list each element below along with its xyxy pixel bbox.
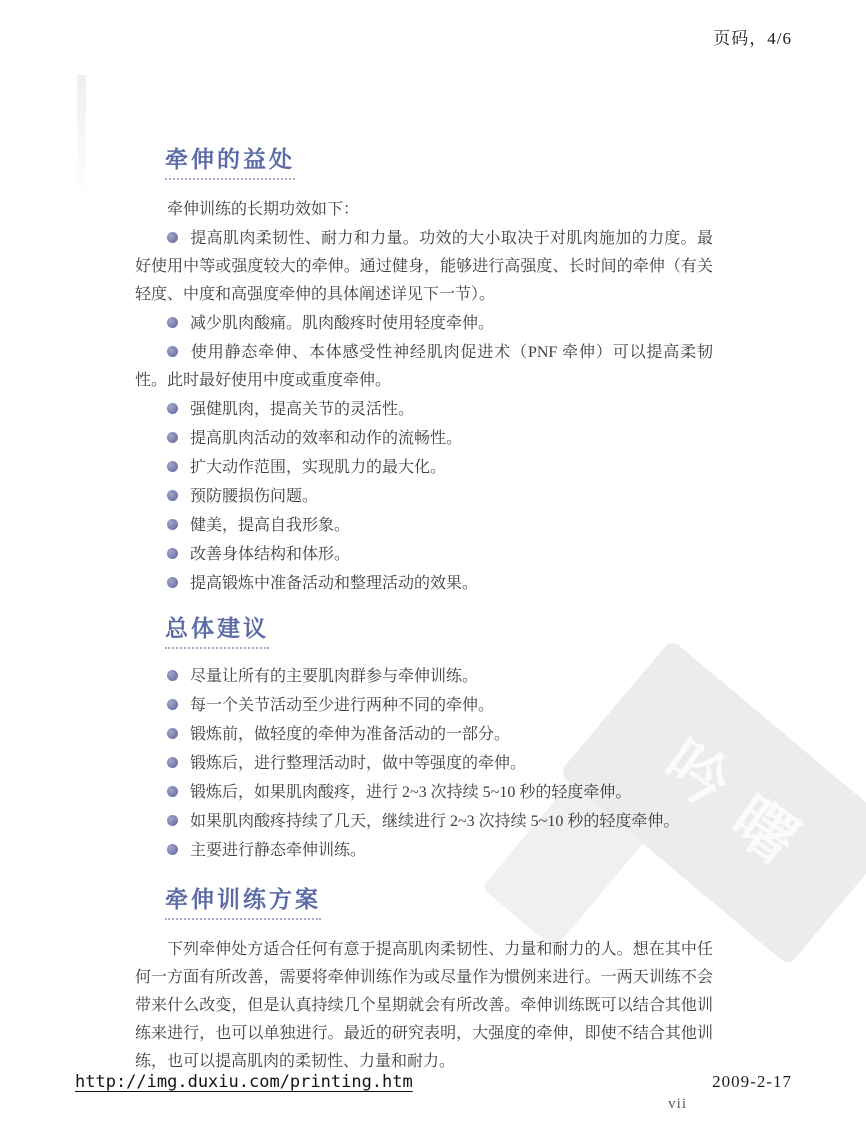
- list-item: 尽量让所有的主要肌肉群参与牵伸训练。: [135, 663, 713, 691]
- bullet-icon: [167, 490, 178, 501]
- section-intro: 牵伸训练的长期功效如下：: [135, 196, 713, 224]
- bullet-icon: [167, 844, 178, 855]
- section-title-recommendations: 总体建议: [165, 614, 713, 649]
- list-item-text: 每一个关节活动至少进行两种不同的牵伸。: [190, 697, 494, 714]
- watermark-glyph: 曙: [721, 788, 807, 874]
- bullet-icon: [167, 432, 178, 443]
- list-item: 锻炼后，进行整理活动时，做中等强度的牵伸。: [135, 750, 713, 778]
- list-item: 每一个关节活动至少进行两种不同的牵伸。: [135, 692, 713, 720]
- list-item: 健美，提高自我形象。: [135, 512, 713, 540]
- section-title-text: 牵伸训练方案: [165, 885, 321, 920]
- footer-url-link[interactable]: http://img.duxiu.com/printing.htm: [75, 1072, 413, 1092]
- list-item: 提高肌肉柔韧性、耐力和力量。功效的大小取决于对肌肉施加的力度。最好使用中等或强度…: [135, 225, 713, 309]
- list-item-text: 改善身体结构和体形。: [190, 546, 350, 563]
- list-item-text: 提高肌肉柔韧性、耐力和力量。功效的大小取决于对肌肉施加的力度。最好使用中等或强度…: [135, 230, 713, 303]
- folio-page-number: vii: [135, 1090, 713, 1118]
- list-item-text: 提高锻炼中准备活动和整理活动的效果。: [190, 575, 478, 592]
- list-item-text: 扩大动作范围，实现肌力的最大化。: [190, 459, 446, 476]
- section-title-text: 总体建议: [165, 614, 269, 649]
- bullet-icon: [167, 577, 178, 588]
- bullet-icon: [167, 815, 178, 826]
- list-item-text: 锻炼后，进行整理活动时，做中等强度的牵伸。: [190, 755, 526, 772]
- page-indicator: 页码，4/6: [713, 24, 792, 49]
- bullet-icon: [167, 786, 178, 797]
- list-item: 如果肌肉酸疼持续了几天，继续进行 2~3 次持续 5~10 秒的轻度牵伸。: [135, 808, 713, 836]
- list-item: 减少肌肉酸痛。肌肉酸疼时使用轻度牵伸。: [135, 310, 713, 338]
- list-item-text: 锻炼前，做轻度的牵伸为准备活动的一部分。: [190, 726, 510, 743]
- list-item: 改善身体结构和体形。: [135, 541, 713, 569]
- list-item-text: 锻炼后，如果肌肉酸疼，进行 2~3 次持续 5~10 秒的轻度牵伸。: [190, 784, 631, 801]
- list-item: 强健肌肉，提高关节的灵活性。: [135, 396, 713, 424]
- document-content: 牵伸的益处 牵伸训练的长期功效如下： 提高肌肉柔韧性、耐力和力量。功效的大小取决…: [135, 145, 713, 1118]
- bullet-icon: [167, 699, 178, 710]
- bullet-icon: [167, 728, 178, 739]
- bullet-icon: [167, 317, 178, 328]
- scan-edge-artifact: [77, 75, 86, 200]
- list-item: 主要进行静态牵伸训练。: [135, 837, 713, 865]
- scanned-page: 吟 曙 牵伸的益处 牵伸训练的长期功效如下： 提高肌肉柔韧性、耐力和力量。功效的…: [75, 75, 791, 1060]
- list-item-text: 健美，提高自我形象。: [190, 517, 350, 534]
- bullet-icon: [167, 548, 178, 559]
- list-item-text: 减少肌肉酸痛。肌肉酸疼时使用轻度牵伸。: [190, 315, 494, 332]
- bullet-icon: [167, 519, 178, 530]
- list-item: 使用静态牵伸、本体感受性神经肌肉促进术（PNF 牵伸）可以提高柔韧性。此时最好使…: [135, 339, 713, 395]
- bullet-icon: [167, 232, 178, 243]
- footer-date: 2009-2-17: [712, 1072, 792, 1092]
- list-item-text: 预防腰损伤问题。: [190, 488, 318, 505]
- list-item: 锻炼后，如果肌肉酸疼，进行 2~3 次持续 5~10 秒的轻度牵伸。: [135, 779, 713, 807]
- bullet-icon: [167, 346, 178, 357]
- bullet-icon: [167, 461, 178, 472]
- section-paragraph: 下列牵伸处方适合任何有意于提高肌肉柔韧性、力量和耐力的人。想在其中任何一方面有所…: [135, 936, 713, 1076]
- list-item-text: 使用静态牵伸、本体感受性神经肌肉促进术（PNF 牵伸）可以提高柔韧性。此时最好使…: [135, 344, 713, 389]
- list-item-text: 主要进行静态牵伸训练。: [190, 842, 366, 859]
- list-item: 提高锻炼中准备活动和整理活动的效果。: [135, 570, 713, 598]
- list-item-text: 提高肌肉活动的效率和动作的流畅性。: [190, 430, 462, 447]
- list-item: 提高肌肉活动的效率和动作的流畅性。: [135, 425, 713, 453]
- section-title-text: 牵伸的益处: [165, 145, 295, 180]
- bullet-icon: [167, 670, 178, 681]
- list-item-text: 如果肌肉酸疼持续了几天，继续进行 2~3 次持续 5~10 秒的轻度牵伸。: [190, 813, 679, 830]
- list-item: 锻炼前，做轻度的牵伸为准备活动的一部分。: [135, 721, 713, 749]
- list-item-text: 强健肌肉，提高关节的灵活性。: [190, 401, 414, 418]
- list-item: 扩大动作范围，实现肌力的最大化。: [135, 454, 713, 482]
- bullet-icon: [167, 757, 178, 768]
- section-title-program: 牵伸训练方案: [165, 885, 713, 920]
- list-item: 预防腰损伤问题。: [135, 483, 713, 511]
- list-item-text: 尽量让所有的主要肌肉群参与牵伸训练。: [190, 668, 478, 685]
- section-title-benefits: 牵伸的益处: [165, 145, 713, 180]
- bullet-icon: [167, 403, 178, 414]
